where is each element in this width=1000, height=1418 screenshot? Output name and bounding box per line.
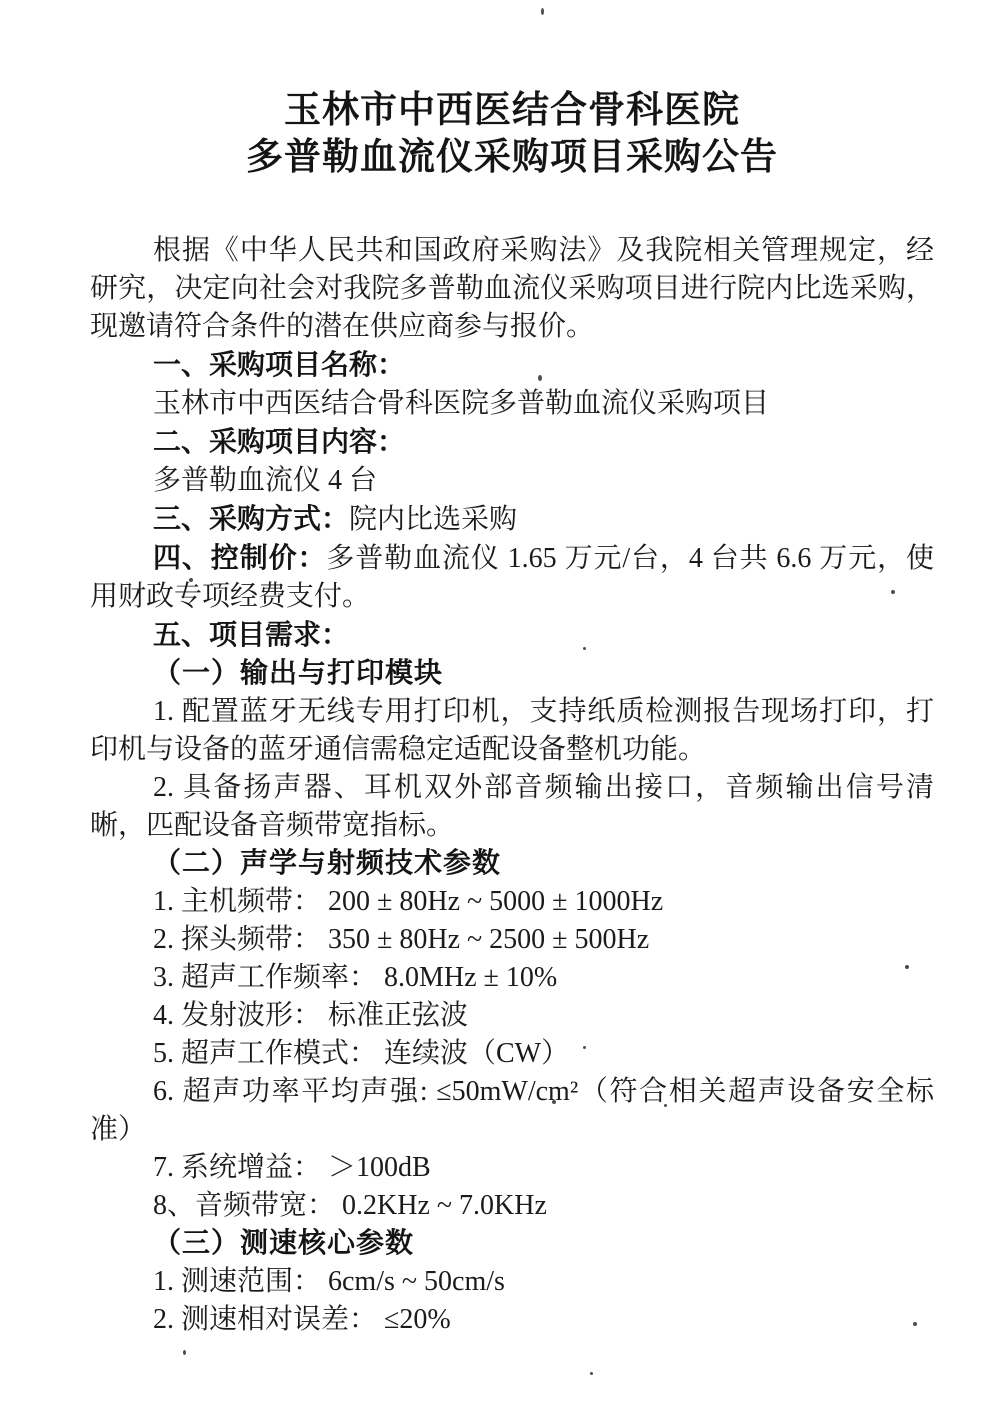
req-part3-heading: （三）测速核心参数 (153, 1228, 414, 1259)
section-1-heading: 一、采购项目名称： (153, 349, 405, 380)
req-part2-item-4: 4. 发射波形： 标准正弦波 (90, 997, 934, 1035)
req-part2-item-5: 5. 超声工作模式： 连续波（CW） (90, 1035, 934, 1073)
section-4-heading: 四、控制价： (153, 542, 326, 573)
req-part2-item-3: 3. 超声工作频率： 8.0MHz ± 10% (90, 959, 934, 997)
intro-paragraph: 根据《中华人民共和国政府采购法》及我院相关管理规定，经研究，决定向社会对我院多普… (90, 232, 934, 346)
section-2-heading: 二、采购项目内容： (153, 426, 405, 457)
req-part3-heading-line: （三）测速核心参数 (90, 1225, 934, 1263)
document-content: 玉林市中西医结合骨科医院 多普勒血流仪采购项目采购公告 根据《中华人民共和国政府… (90, 86, 934, 1339)
section-5-heading-line: 五、项目需求： (90, 616, 934, 655)
scan-speck (590, 1372, 593, 1375)
scan-speck (541, 8, 544, 15)
req-part2-item-8: 8、音频带宽： 0.2KHz ~ 7.0KHz (90, 1187, 934, 1225)
req-part2-item-6: 6. 超声功率平均声强: ≤50mW/cm²（符合相关超声设备安全标准） (90, 1073, 934, 1149)
req-part1-item-1: 1. 配置蓝牙无线专用打印机，支持纸质检测报告现场打印，打印机与设备的蓝牙通信需… (90, 693, 934, 769)
document-title-line2: 多普勒血流仪采购项目采购公告 (90, 133, 934, 180)
section-2-heading-line: 二、采购项目内容： (90, 423, 934, 462)
document-title: 玉林市中西医结合骨科医院 多普勒血流仪采购项目采购公告 (90, 86, 934, 180)
section-3-heading: 三、采购方式： (153, 503, 349, 534)
req-part2-item-2: 2. 探头频带： 350 ± 80Hz ~ 2500 ± 500Hz (90, 921, 934, 959)
section-1-body: 玉林市中西医结合骨科医院多普勒血流仪采购项目 (90, 385, 934, 423)
req-part3-item-2: 2. 测速相对误差： ≤20% (90, 1301, 934, 1339)
section-4-line: 四、控制价：多普勒血流仪 1.65 万元/台，4 台共 6.6 万元，使用财政专… (90, 539, 934, 616)
req-part1-item-2: 2. 具备扬声器、耳机双外部音频输出接口，音频输出信号清晰，匹配设备音频带宽指标… (90, 769, 934, 845)
section-3-inline: 院内比选采购 (349, 504, 517, 535)
section-3-line: 三、采购方式：院内比选采购 (90, 500, 934, 539)
req-part2-item-1: 1. 主机频带： 200 ± 80Hz ~ 5000 ± 1000Hz (90, 883, 934, 921)
scanned-document-page: 玉林市中西医结合骨科医院 多普勒血流仪采购项目采购公告 根据《中华人民共和国政府… (0, 0, 1000, 1418)
section-5-heading: 五、项目需求： (153, 619, 349, 650)
req-part1-heading-line: （一）输出与打印模块 (90, 655, 934, 693)
section-2-body: 多普勒血流仪 4 台 (90, 462, 934, 500)
req-part2-heading: （二）声学与射频技术参数 (153, 848, 501, 879)
req-part2-heading-line: （二）声学与射频技术参数 (90, 845, 934, 883)
req-part2-item-7: 7. 系统增益： ＞100dB (90, 1149, 934, 1187)
document-title-line1: 玉林市中西医结合骨科医院 (90, 86, 934, 133)
req-part1-heading: （一）输出与打印模块 (153, 658, 443, 689)
scan-speck (183, 1350, 186, 1355)
req-part3-item-1: 1. 测速范围： 6cm/s ~ 50cm/s (90, 1263, 934, 1301)
section-1-heading-line: 一、采购项目名称： (90, 346, 934, 385)
